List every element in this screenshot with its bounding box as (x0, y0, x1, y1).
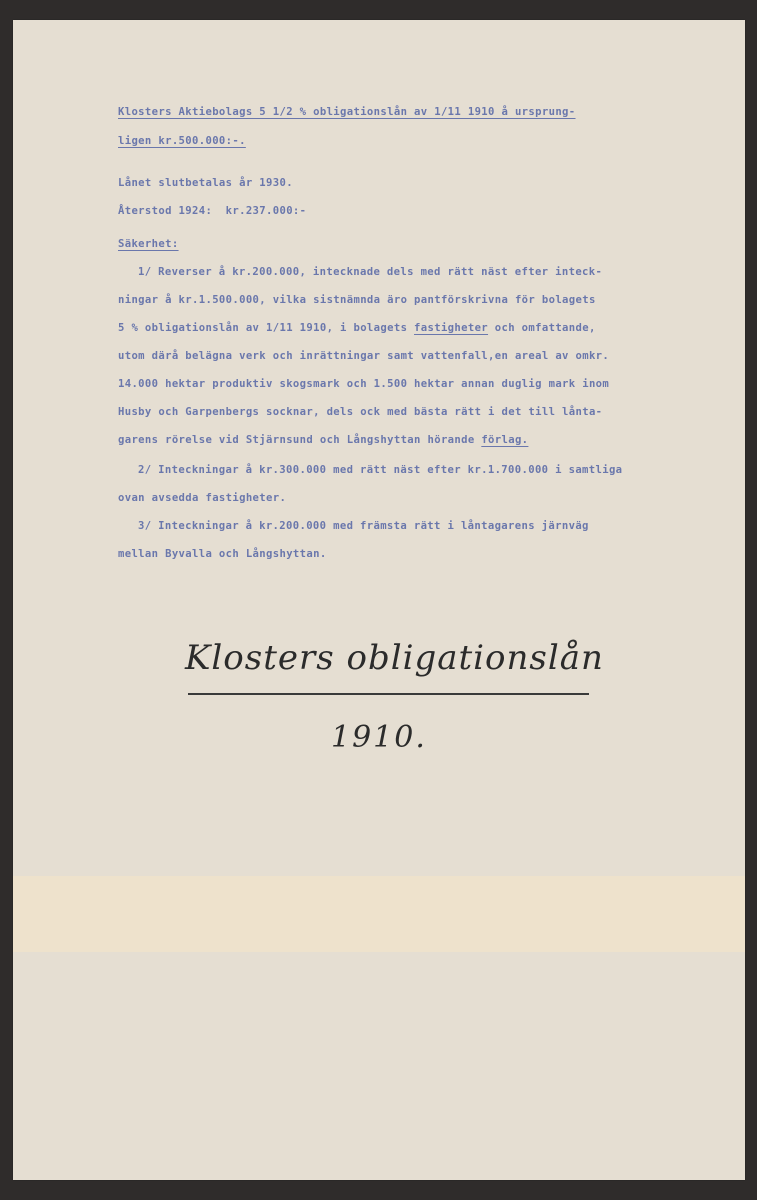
paper-band (13, 876, 745, 952)
security-heading: Säkerhet: (118, 237, 179, 251)
item-1-line-7: garens rörelse vid Stjärnsund och Långsh… (118, 433, 528, 447)
repayment-text: Lånet slutbetalas år 1930. (118, 176, 293, 190)
item-2-line-1: 2/ Inteckningar å kr.300.000 med rätt nä… (138, 463, 622, 477)
handwritten-underline (188, 693, 589, 695)
underlined-forlag: förlag. (481, 434, 528, 446)
item-1-line-5: 14.000 hektar produktiv skogsmark och 1.… (118, 377, 609, 391)
title-line-1: Klosters Aktiebolags 5 1/2 % obligations… (118, 105, 576, 119)
item-1-line-6: Husby och Garpenbergs socknar, dels ock … (118, 405, 602, 419)
item-1-line-2: ningar å kr.1.500.000, vilka sistnämnda … (118, 293, 596, 307)
item-1-line-1: 1/ Reverser å kr.200.000, intecknade del… (138, 265, 602, 279)
item-1-line-4: utom därå belägna verk och inrättningar … (118, 349, 609, 363)
document-page: Klosters Aktiebolags 5 1/2 % obligations… (13, 20, 745, 1180)
item-1-line-7-text: garens rörelse vid Stjärnsund och Långsh… (118, 434, 481, 446)
remaining-amount-text: Återstod 1924: kr.237.000:- (118, 204, 306, 218)
underlined-fastigheter: fastigheter (414, 322, 488, 334)
title-line-2: ligen kr.500.000:-. (118, 134, 246, 148)
item-3-line-1: 3/ Inteckningar å kr.200.000 med främsta… (138, 519, 589, 533)
item-1-line-3: 5 % obligationslån av 1/11 1910, i bolag… (118, 321, 596, 335)
handwritten-year: 1910. (331, 720, 427, 755)
handwritten-title: Klosters obligationslån (185, 638, 604, 678)
item-1-line-3-tail: och omfattande, (488, 322, 596, 334)
item-2-line-2: ovan avsedda fastigheter. (118, 491, 286, 505)
item-3-line-2: mellan Byvalla och Långshyttan. (118, 547, 327, 561)
item-1-line-3-text: 5 % obligationslån av 1/11 1910, i bolag… (118, 322, 414, 334)
